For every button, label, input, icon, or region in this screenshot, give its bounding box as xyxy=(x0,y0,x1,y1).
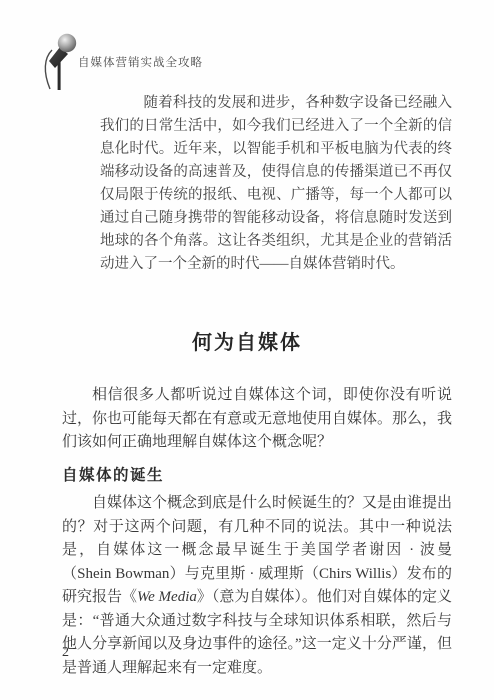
section-heading: 自媒体的诞生 xyxy=(62,463,164,485)
page-header: 自媒体营销实战全攻略 xyxy=(40,28,340,94)
intro-paragraph: 随着科技的发展和进步，各种数字设备已经融入我们的日常生活中，如今我们已经进入了一… xyxy=(100,92,452,276)
paragraph-2: 自媒体这个概念到底是什么时候诞生的？又是由谁提出的？对于这两个问题，有几种不同的… xyxy=(62,492,452,680)
chapter-title: 何为自媒体 xyxy=(0,326,494,355)
page-number: 2 xyxy=(62,645,69,661)
report-title-we-media: We Media xyxy=(137,589,197,605)
book-title: 自媒体营销实战全攻略 xyxy=(78,54,203,70)
paragraph-1: 相信很多人都听说过自媒体这个词，即使你没有听说过，你也可能每天都在有意或无意地使… xyxy=(62,384,452,455)
book-page: 自媒体营销实战全攻略 随着科技的发展和进步，各种数字设备已经融入我们的日常生活中… xyxy=(0,0,494,700)
